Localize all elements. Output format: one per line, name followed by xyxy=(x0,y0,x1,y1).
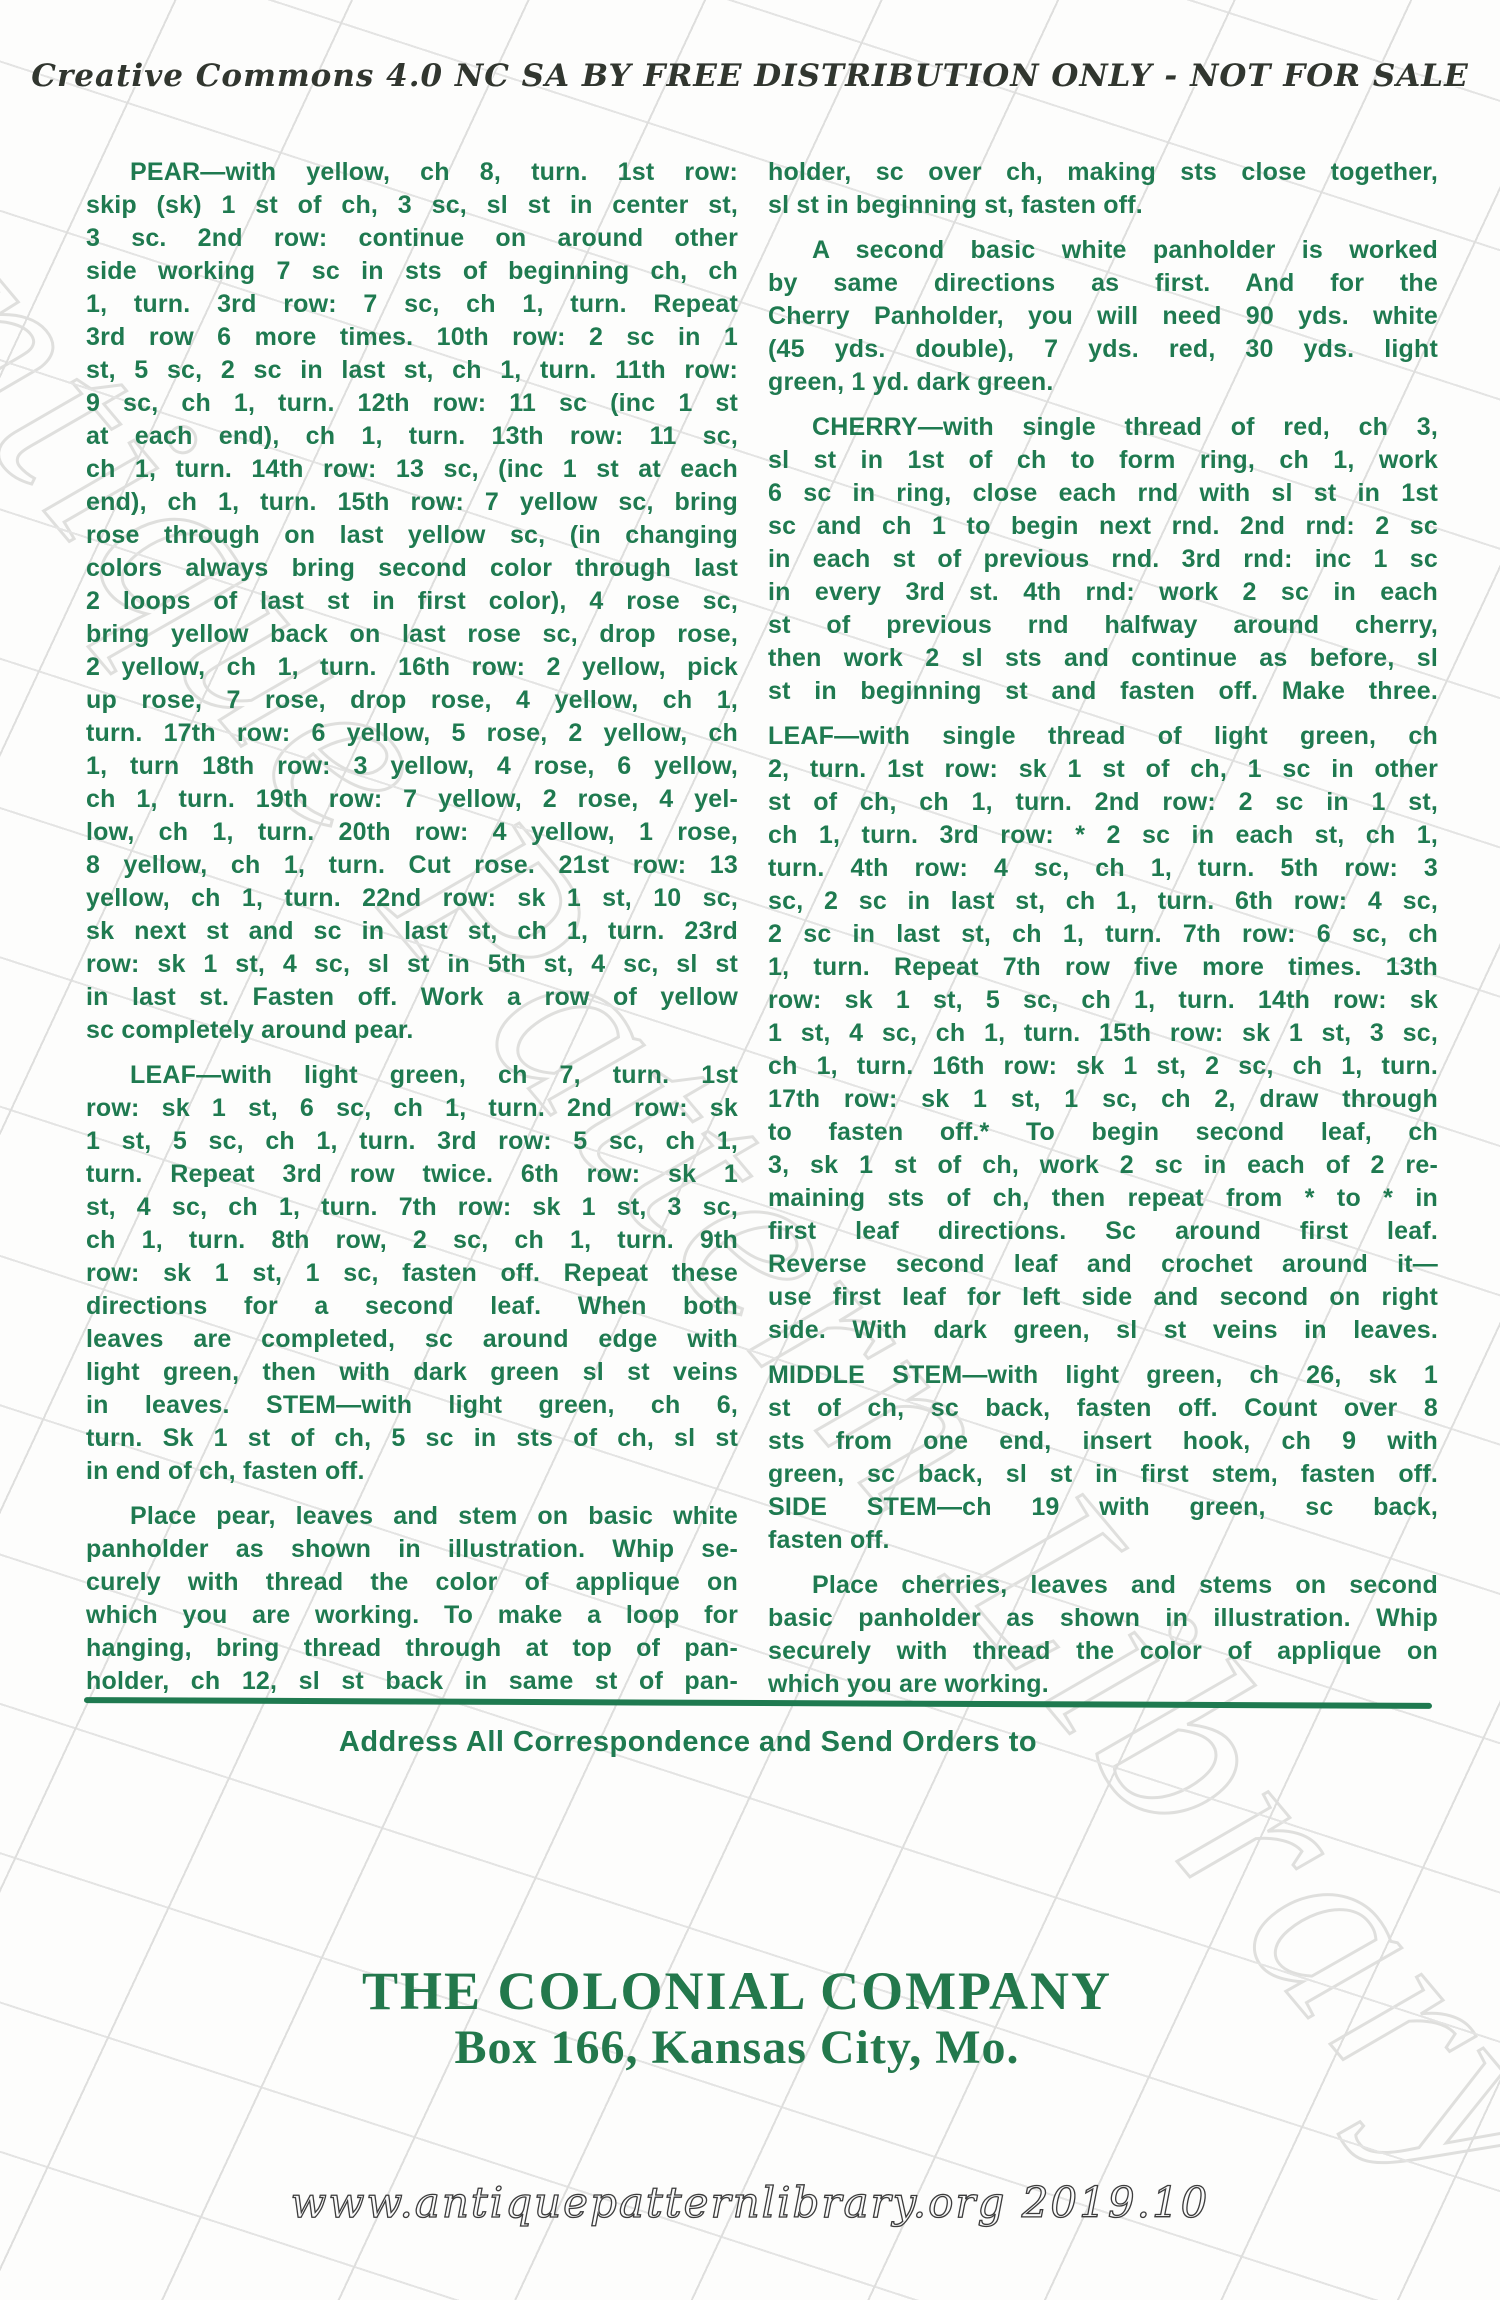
paragraph: A second basic white panholder is worked… xyxy=(768,234,1438,399)
text-line: light green, then with dark green sl st … xyxy=(86,1356,738,1389)
text-line: use first leaf for left side and second … xyxy=(768,1281,1438,1314)
license-notice: Creative Commons 4.0 NC SA BY FREE DISTR… xyxy=(0,58,1500,94)
text-line: sl st in beginning st, fasten off. xyxy=(768,189,1438,222)
text-line: Cherry Panholder, you will need 90 yds. … xyxy=(768,300,1438,333)
text-line: ch 1, turn. 3rd row: * 2 sc in each st, … xyxy=(768,819,1438,852)
paragraph: CHERRY—with single thread of red, ch 3,s… xyxy=(768,411,1438,708)
text-line: sk next st and sc in last st, ch 1, turn… xyxy=(86,915,738,948)
text-line: at each end), ch 1, turn. 13th row: 11 s… xyxy=(86,420,738,453)
text-line: holder, sc over ch, making sts close tog… xyxy=(768,156,1438,189)
two-column-text: PEAR—with yellow, ch 8, turn. 1st row:sk… xyxy=(86,156,1438,1701)
text-line: LEAF—with light green, ch 7, turn. 1st xyxy=(86,1059,738,1092)
text-line: in every 3rd st. 4th rnd: work 2 sc in e… xyxy=(768,576,1438,609)
text-line: st in beginning st and fasten off. Make … xyxy=(768,675,1438,708)
text-line: sc and ch 1 to begin next rnd. 2nd rnd: … xyxy=(768,510,1438,543)
text-line: 1, turn. 3rd row: 7 sc, ch 1, turn. Repe… xyxy=(86,288,738,321)
text-line: 1, turn 18th row: 3 yellow, 4 rose, 6 ye… xyxy=(86,750,738,783)
text-line: in leaves. STEM—with light green, ch 6, xyxy=(86,1389,738,1422)
text-line: A second basic white panholder is worked xyxy=(768,234,1438,267)
text-line: 2, turn. 1st row: sk 1 st of ch, 1 sc in… xyxy=(768,753,1438,786)
text-line: directions for a second leaf. When both xyxy=(86,1290,738,1323)
text-line: 3 sc. 2nd row: continue on around other xyxy=(86,222,738,255)
text-line: 17th row: sk 1 st, 1 sc, ch 2, draw thro… xyxy=(768,1083,1438,1116)
text-line: turn. 17th row: 6 yellow, 5 rose, 2 yell… xyxy=(86,717,738,750)
paragraph: LEAF—with light green, ch 7, turn. 1stro… xyxy=(86,1059,738,1488)
text-line: st of ch, sc back, fasten off. Count ove… xyxy=(768,1392,1438,1425)
text-line: ch 1, turn. 16th row: sk 1 st, 2 sc, ch … xyxy=(768,1050,1438,1083)
text-line: securely with thread the color of appliq… xyxy=(768,1635,1438,1668)
text-line: row: sk 1 st, 6 sc, ch 1, turn. 2nd row:… xyxy=(86,1092,738,1125)
right-column: holder, sc over ch, making sts close tog… xyxy=(768,156,1438,1701)
text-line: skip (sk) 1 st of ch, 3 sc, sl st in cen… xyxy=(86,189,738,222)
text-line: colors always bring second color through… xyxy=(86,552,738,585)
text-line: fasten off. xyxy=(768,1524,1438,1557)
paragraph: PEAR—with yellow, ch 8, turn. 1st row:sk… xyxy=(86,156,738,1047)
text-line: 1, turn. Repeat 7th row five more times.… xyxy=(768,951,1438,984)
text-line: st of previous rnd halfway around cherry… xyxy=(768,609,1438,642)
text-line: maining sts of ch, then repeat from * to… xyxy=(768,1182,1438,1215)
text-line: st, 5 sc, 2 sc in last st, ch 1, turn. 1… xyxy=(86,354,738,387)
text-line: 1 st, 5 sc, ch 1, turn. 3rd row: 5 sc, c… xyxy=(86,1125,738,1158)
text-line: curely with thread the color of applique… xyxy=(86,1566,738,1599)
text-line: which you are working. To make a loop fo… xyxy=(86,1599,738,1632)
text-line: bring yellow back on last rose sc, drop … xyxy=(86,618,738,651)
text-line: by same directions as first. And for the xyxy=(768,267,1438,300)
text-line: 9 sc, ch 1, turn. 12th row: 11 sc (inc 1… xyxy=(86,387,738,420)
text-line: then work 2 sl sts and continue as befor… xyxy=(768,642,1438,675)
text-line: 2 loops of last st in first color), 4 ro… xyxy=(86,585,738,618)
left-column: PEAR—with yellow, ch 8, turn. 1st row:sk… xyxy=(86,156,738,1701)
text-line: SIDE STEM—ch 19 with green, sc back, xyxy=(768,1491,1438,1524)
text-line: 3, sk 1 st of ch, work 2 sc in each of 2… xyxy=(768,1149,1438,1182)
text-line: 1 st, 4 sc, ch 1, turn. 15th row: sk 1 s… xyxy=(768,1017,1438,1050)
company-name: THE COLONIAL COMPANY xyxy=(0,1962,1487,2020)
paragraph: holder, sc over ch, making sts close tog… xyxy=(768,156,1438,222)
company-address: Box 166, Kansas City, Mo. xyxy=(0,2020,1487,2076)
text-line: st of ch, ch 1, turn. 2nd row: 2 sc in 1… xyxy=(768,786,1438,819)
text-line: Place cherries, leaves and stems on seco… xyxy=(768,1569,1438,1602)
text-line: ch 1, turn. 8th row, 2 sc, ch 1, turn. 9… xyxy=(86,1224,738,1257)
paragraph: MIDDLE STEM—with light green, ch 26, sk … xyxy=(768,1359,1438,1557)
text-line: ch 1, turn. 19th row: 7 yellow, 2 rose, … xyxy=(86,783,738,816)
text-line: Place pear, leaves and stem on basic whi… xyxy=(86,1500,738,1533)
text-line: sl st in 1st of ch to form ring, ch 1, w… xyxy=(768,444,1438,477)
text-line: which you are working. xyxy=(768,1668,1438,1701)
text-line: 2 sc in last st, ch 1, turn. 7th row: 6 … xyxy=(768,918,1438,951)
text-line: turn. Sk 1 st of ch, 5 sc in sts of ch, … xyxy=(86,1422,738,1455)
text-line: holder, ch 12, sl st back in same st of … xyxy=(86,1665,738,1698)
text-line: (45 yds. double), 7 yds. red, 30 yds. li… xyxy=(768,333,1438,366)
scanned-pattern-page: Antique Pattern Library Creative Commons… xyxy=(0,0,1500,2300)
text-line: PEAR—with yellow, ch 8, turn. 1st row: xyxy=(86,156,738,189)
text-line: green, 1 yd. dark green. xyxy=(768,366,1438,399)
text-line: low, ch 1, turn. 20th row: 4 yellow, 1 r… xyxy=(86,816,738,849)
text-line: in end of ch, fasten off. xyxy=(86,1455,738,1488)
text-line: hanging, bring thread through at top of … xyxy=(86,1632,738,1665)
text-line: in last st. Fasten off. Work a row of ye… xyxy=(86,981,738,1014)
text-line: CHERRY—with single thread of red, ch 3, xyxy=(768,411,1438,444)
correspondence-line: Address All Correspondence and Send Orde… xyxy=(0,1726,1438,1759)
text-line: end), ch 1, turn. 15th row: 7 yellow sc,… xyxy=(86,486,738,519)
text-line: side working 7 sc in sts of beginning ch… xyxy=(86,255,738,288)
text-line: 2 yellow, ch 1, turn. 16th row: 2 yellow… xyxy=(86,651,738,684)
paragraph: LEAF—with single thread of light green, … xyxy=(768,720,1438,1347)
text-line: row: sk 1 st, 5 sc, ch 1, turn. 14th row… xyxy=(768,984,1438,1017)
text-line: 8 yellow, ch 1, turn. Cut rose. 21st row… xyxy=(86,849,738,882)
text-line: side. With dark green, sl st veins in le… xyxy=(768,1314,1438,1347)
text-line: ch 1, turn. 14th row: 13 sc, (inc 1 st a… xyxy=(86,453,738,486)
text-line: panholder as shown in illustration. Whip… xyxy=(86,1533,738,1566)
text-line: rose through on last yellow sc, (in chan… xyxy=(86,519,738,552)
text-line: MIDDLE STEM—with light green, ch 26, sk … xyxy=(768,1359,1438,1392)
text-line: basic panholder as shown in illustration… xyxy=(768,1602,1438,1635)
text-line: green, sc back, sl st in first stem, fas… xyxy=(768,1458,1438,1491)
text-line: sc, 2 sc in last st, ch 1, turn. 6th row… xyxy=(768,885,1438,918)
text-line: yellow, ch 1, turn. 22nd row: sk 1 st, 1… xyxy=(86,882,738,915)
text-line: LEAF—with single thread of light green, … xyxy=(768,720,1438,753)
archive-credit: www.antiquepatternlibrary.org 2019.10 xyxy=(0,2178,1500,2227)
text-line: row: sk 1 st, 4 sc, sl st in 5th st, 4 s… xyxy=(86,948,738,981)
text-line: 3rd row 6 more times. 10th row: 2 sc in … xyxy=(86,321,738,354)
text-line: up rose, 7 rose, drop rose, 4 yellow, ch… xyxy=(86,684,738,717)
paragraph: Place cherries, leaves and stems on seco… xyxy=(768,1569,1438,1701)
text-line: sc completely around pear. xyxy=(86,1014,738,1047)
text-line: leaves are completed, sc around edge wit… xyxy=(86,1323,738,1356)
text-line: row: sk 1 st, 1 sc, fasten off. Repeat t… xyxy=(86,1257,738,1290)
text-line: first leaf directions. Sc around first l… xyxy=(768,1215,1438,1248)
publisher-block: THE COLONIAL COMPANY Box 166, Kansas Cit… xyxy=(0,1962,1487,2076)
text-line: turn. 4th row: 4 sc, ch 1, turn. 5th row… xyxy=(768,852,1438,885)
text-line: in each st of previous rnd. 3rd rnd: inc… xyxy=(768,543,1438,576)
text-line: st, 4 sc, ch 1, turn. 7th row: sk 1 st, … xyxy=(86,1191,738,1224)
text-line: to fasten off.* To begin second leaf, ch xyxy=(768,1116,1438,1149)
text-line: sts from one end, insert hook, ch 9 with xyxy=(768,1425,1438,1458)
paragraph: Place pear, leaves and stem on basic whi… xyxy=(86,1500,738,1698)
text-line: Reverse second leaf and crochet around i… xyxy=(768,1248,1438,1281)
text-line: turn. Repeat 3rd row twice. 6th row: sk … xyxy=(86,1158,738,1191)
text-line: 6 sc in ring, close each rnd with sl st … xyxy=(768,477,1438,510)
